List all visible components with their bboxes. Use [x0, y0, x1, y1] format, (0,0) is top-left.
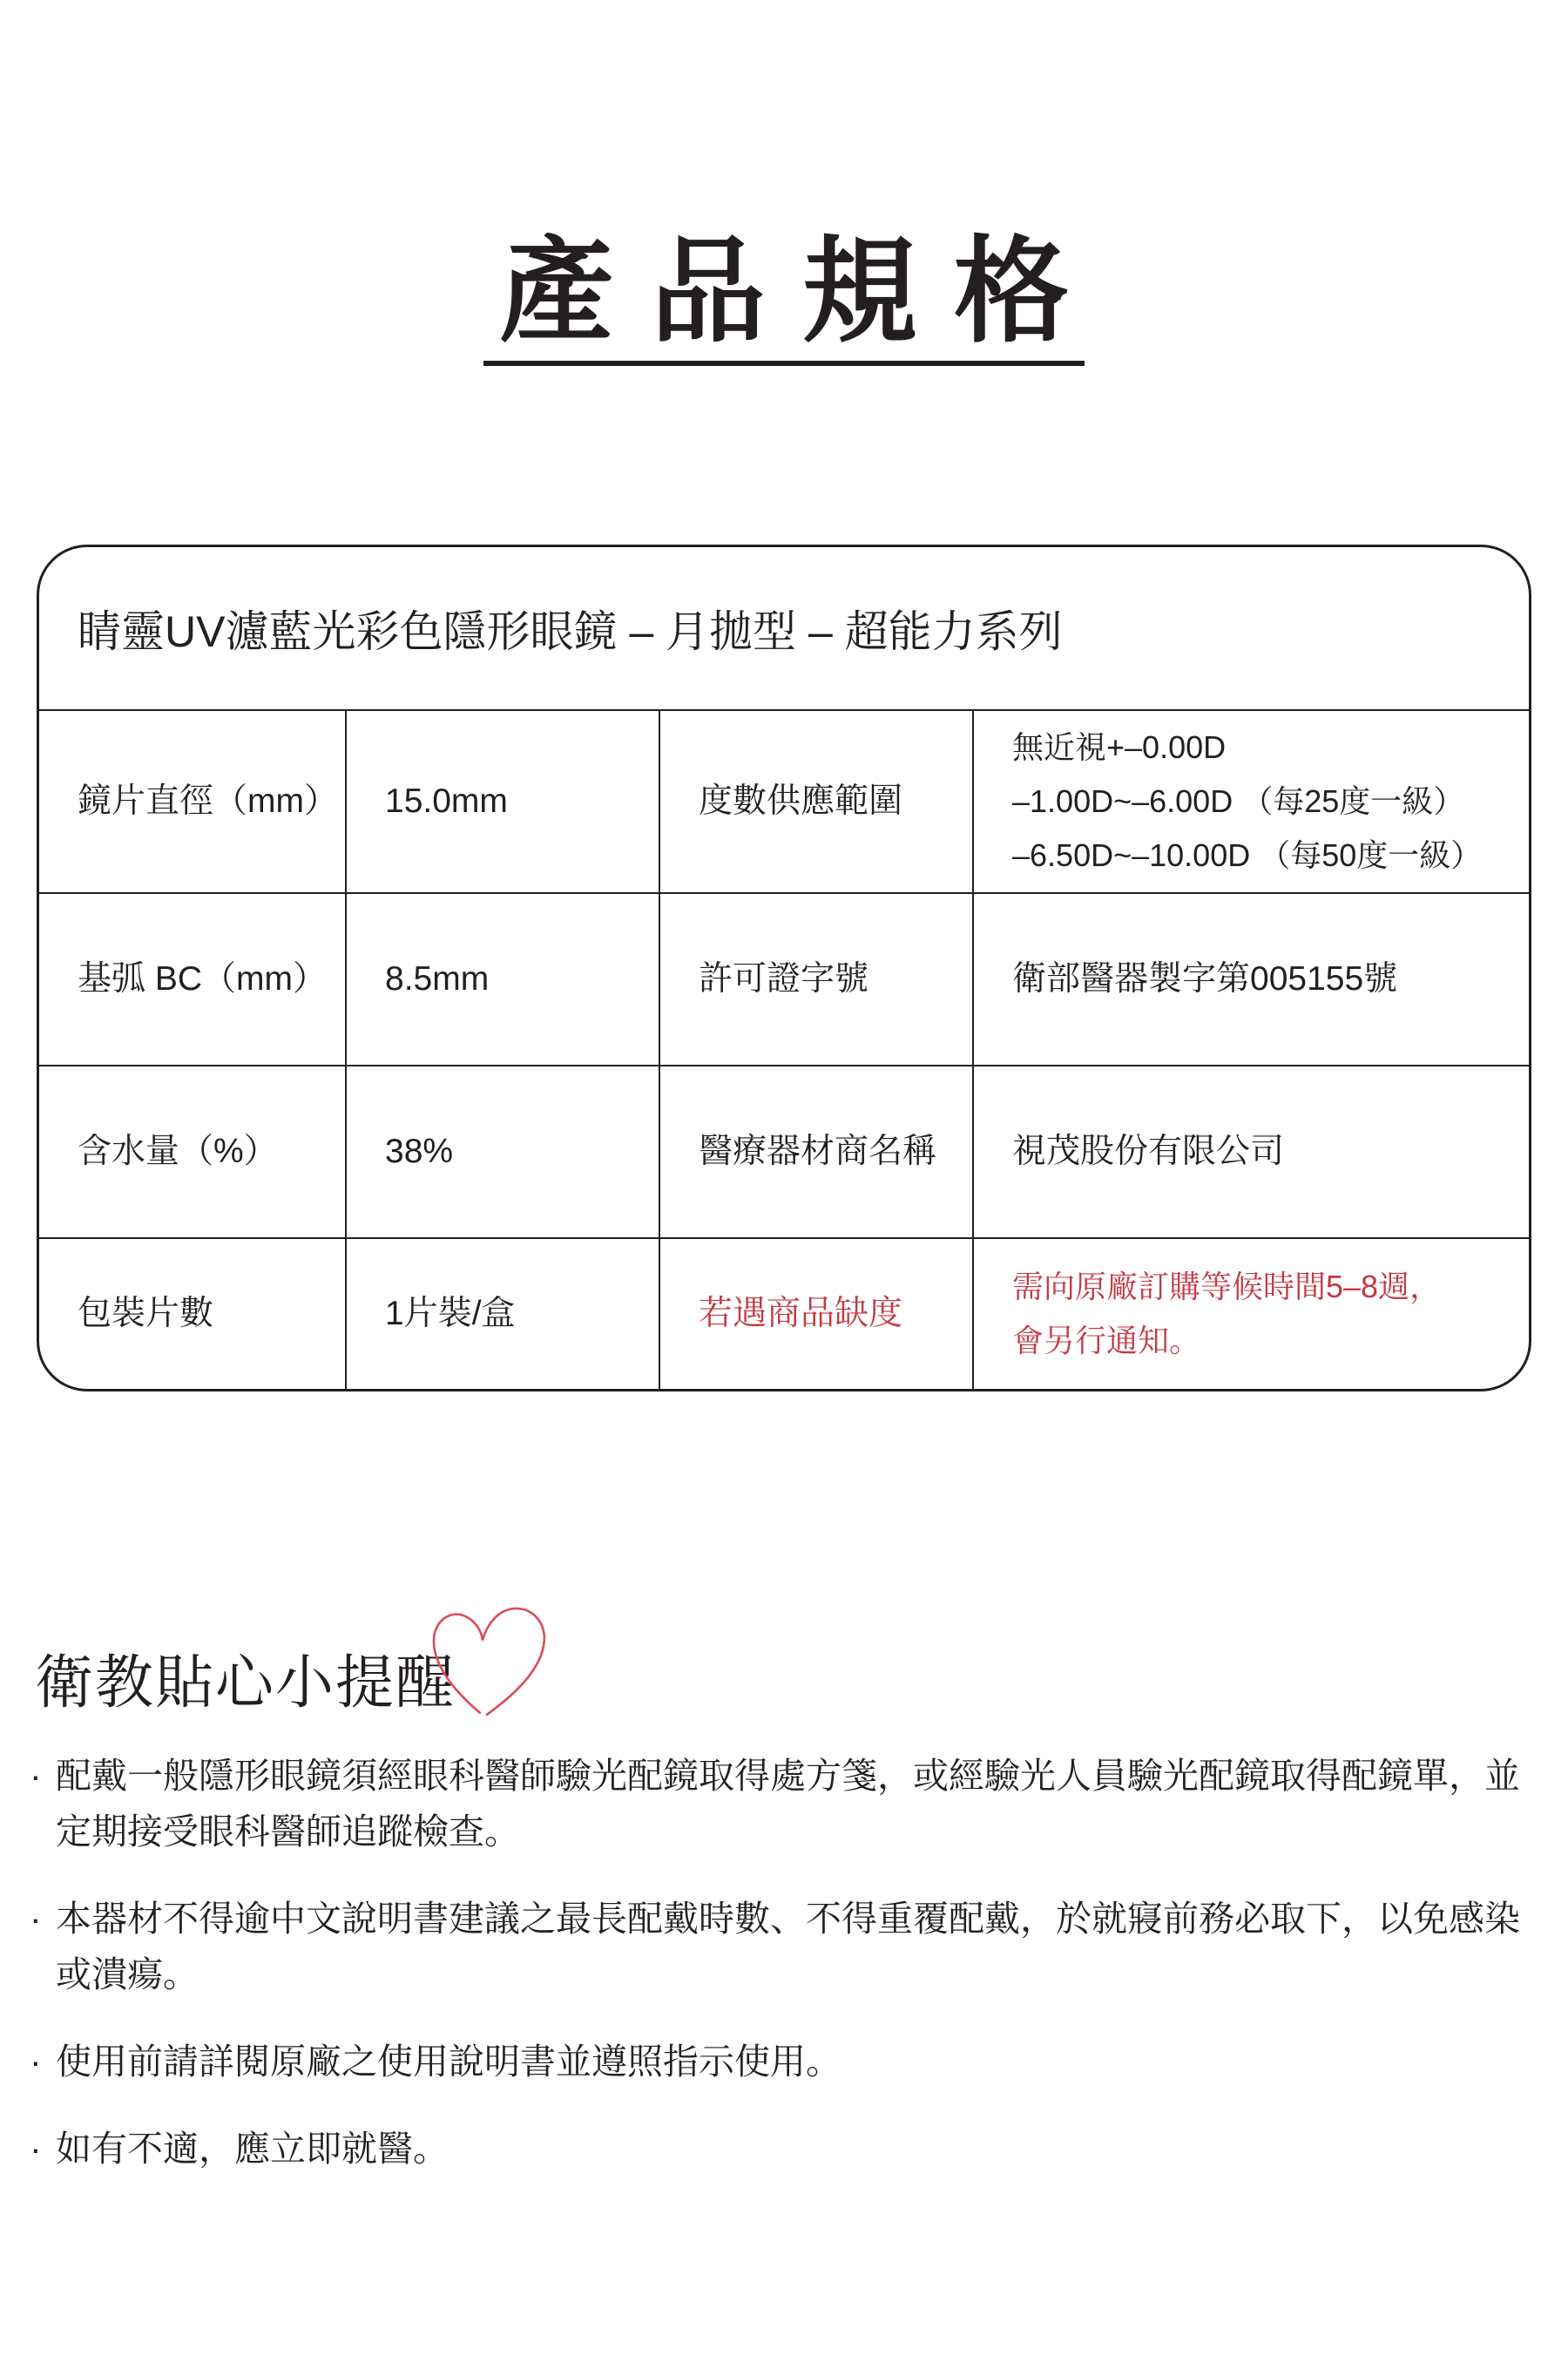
spec-value-license-number: 衛部醫器製字第005155號	[974, 894, 1529, 1065]
spec-value-water-content: 38%	[347, 1066, 660, 1237]
reminder-list: · 配戴一般隱形眼鏡須經眼科醫師驗光配鏡取得處方箋，或經驗光人員驗光配鏡取得配鏡…	[30, 1748, 1545, 2208]
list-item: · 本器材不得逾中文說明書建議之最長配戴時數、不得重覆配戴，於就寢前務必取下，以…	[30, 1891, 1545, 2002]
reminder-text: 配戴一般隱形眼鏡須經眼科醫師驗光配鏡取得處方箋，或經驗光人員驗光配鏡取得配鏡單，…	[56, 1748, 1545, 1859]
bullet-dot-icon: ·	[30, 1748, 56, 1859]
spec-label-base-curve: 基弧 BC（mm）	[39, 894, 347, 1065]
heart-icon	[425, 1600, 558, 1728]
table-row: 基弧 BC（mm） 8.5mm 許可證字號 衛部醫器製字第005155號	[39, 894, 1529, 1066]
spec-label-out-of-stock: 若遇商品缺度	[660, 1239, 974, 1389]
spec-value-pack-quantity: 1片裝/盒	[347, 1239, 660, 1389]
reminder-section-title: 衛教貼心小提醒	[35, 1636, 456, 1720]
power-range-line: 無近視+–0.00D	[1012, 721, 1513, 775]
spec-table-product-name: 睛靈UV濾藍光彩色隱形眼鏡 – 月拋型 – 超能力系列	[39, 547, 1529, 711]
spec-value-manufacturer: 視茂股份有限公司	[974, 1066, 1529, 1237]
spec-table: 睛靈UV濾藍光彩色隱形眼鏡 – 月拋型 – 超能力系列 鏡片直徑（mm） 15.…	[37, 545, 1531, 1391]
page-title: 產品規格	[0, 199, 1568, 364]
spec-label-lens-diameter: 鏡片直徑（mm）	[39, 711, 347, 892]
spec-label-power-range: 度數供應範圍	[660, 711, 974, 892]
spec-label-pack-quantity: 包裝片數	[39, 1239, 347, 1389]
bullet-dot-icon: ·	[30, 2121, 56, 2177]
product-spec-page: 產品規格 睛靈UV濾藍光彩色隱形眼鏡 – 月拋型 – 超能力系列 鏡片直徑（mm…	[0, 0, 1568, 2363]
reminder-text: 如有不適，應立即就醫。	[56, 2121, 1545, 2177]
spec-value-out-of-stock-notice: 需向原廠訂購等候時間5–8週， 會另行通知。	[974, 1239, 1529, 1389]
list-item: · 配戴一般隱形眼鏡須經眼科醫師驗光配鏡取得處方箋，或經驗光人員驗光配鏡取得配鏡…	[30, 1748, 1545, 1859]
list-item: · 如有不適，應立即就醫。	[30, 2121, 1545, 2177]
spec-value-power-range: 無近視+–0.00D –1.00D~–6.00D （每25度一級） –6.50D…	[974, 711, 1529, 892]
table-row: 包裝片數 1片裝/盒 若遇商品缺度 需向原廠訂購等候時間5–8週， 會另行通知。	[39, 1239, 1529, 1389]
list-item: · 使用前請詳閱原廠之使用說明書並遵照指示使用。	[30, 2034, 1545, 2089]
power-range-line: –1.00D~–6.00D （每25度一級）	[1012, 775, 1513, 829]
power-range-line: –6.50D~–10.00D （每50度一級）	[1012, 829, 1513, 883]
reminder-text: 本器材不得逾中文說明書建議之最長配戴時數、不得重覆配戴，於就寢前務必取下，以免感…	[56, 1891, 1545, 2002]
table-row: 含水量（%） 38% 醫療器材商名稱 視茂股份有限公司	[39, 1066, 1529, 1239]
spec-label-water-content: 含水量（%）	[39, 1066, 347, 1237]
out-of-stock-notice-line: 需向原廠訂購等候時間5–8週，	[1012, 1260, 1513, 1314]
title-underline	[483, 361, 1085, 366]
spec-label-manufacturer: 醫療器材商名稱	[660, 1066, 974, 1237]
spec-value-lens-diameter: 15.0mm	[347, 711, 660, 892]
table-row: 鏡片直徑（mm） 15.0mm 度數供應範圍 無近視+–0.00D –1.00D…	[39, 711, 1529, 894]
bullet-dot-icon: ·	[30, 2034, 56, 2089]
reminder-text: 使用前請詳閱原廠之使用說明書並遵照指示使用。	[56, 2034, 1545, 2089]
out-of-stock-notice-line: 會另行通知。	[1012, 1314, 1513, 1368]
bullet-dot-icon: ·	[30, 1891, 56, 2002]
spec-value-base-curve: 8.5mm	[347, 894, 660, 1065]
spec-label-license-number: 許可證字號	[660, 894, 974, 1065]
